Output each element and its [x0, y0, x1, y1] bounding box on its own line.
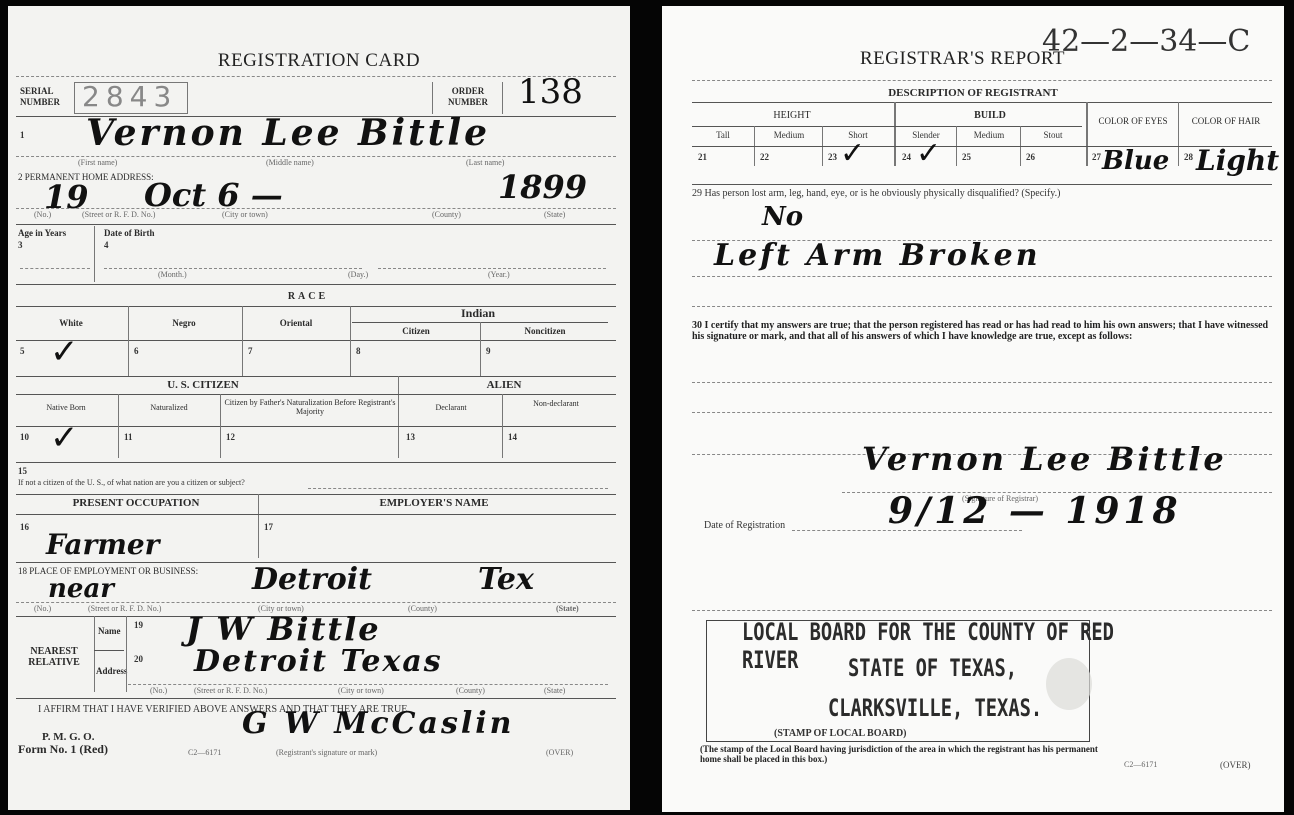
field-number: 23 [828, 152, 837, 162]
employment-street-label: (Street or R. F. D. No.) [88, 604, 161, 613]
divider [692, 184, 1272, 185]
field-number: 26 [1026, 152, 1035, 162]
checkmark-icon: ✓ [50, 332, 79, 372]
print-code: C2—6171 [188, 748, 221, 757]
relative-name-value: J W Bittle [186, 610, 381, 648]
divider [502, 394, 503, 458]
month-label: (Month.) [158, 270, 187, 279]
question-29-answer-no: No [762, 202, 803, 232]
card-title: REGISTRATION CARD [8, 50, 630, 72]
divider [220, 394, 221, 458]
middle-name-label: (Middle name) [266, 158, 314, 167]
checkmark-icon: ✓ [840, 136, 865, 171]
field-number: 22 [760, 152, 769, 162]
address-year-value: 1899 [498, 168, 587, 206]
over-label: (OVER) [546, 748, 573, 757]
first-name-label: (First name) [78, 158, 117, 167]
divider [692, 126, 1082, 127]
employment-state-label: (State) [556, 604, 579, 613]
nearest-relative-label: NEAREST RELATIVE [16, 646, 92, 668]
divider [16, 306, 616, 307]
hair-header: COLOR OF HAIR [1180, 116, 1272, 127]
field-number: 16 [20, 522, 29, 532]
registrar-signature-value: Vernon Lee Bittle [862, 440, 1227, 478]
race-col-oriental: Oriental [242, 318, 350, 329]
address-city-label: (City or town) [222, 210, 268, 219]
field-number: 21 [698, 152, 707, 162]
divider [118, 394, 119, 458]
eye-color-value: Blue [1102, 146, 1169, 176]
print-code: C2—6171 [1124, 760, 1157, 769]
registrars-report-back: REGISTRAR'S REPORT 42—2—34—C DESCRIPTION… [662, 6, 1284, 812]
address-no-label: (No.) [34, 210, 51, 219]
height-col-tall: Tall [692, 130, 754, 140]
field-number: 28 [1184, 152, 1193, 162]
nation-question-label: If not a citizen of the U. S., of what n… [18, 478, 245, 487]
employment-near-value: near [48, 574, 114, 604]
divider [16, 494, 616, 495]
field-number: 11 [124, 432, 133, 442]
serial-number-label: SERIAL NUMBER [20, 86, 76, 108]
stamp-label: (STAMP OF LOCAL BOARD) [774, 728, 907, 739]
divider [16, 376, 616, 377]
divider [16, 156, 616, 157]
divider [692, 102, 1272, 103]
checkmark-icon: ✓ [50, 418, 79, 458]
divider [1178, 102, 1179, 166]
address-street-label: (Street or R. F. D. No.) [82, 210, 155, 219]
divider [104, 268, 362, 269]
build-col-stout: Stout [1022, 130, 1084, 140]
divider [16, 602, 616, 603]
race-col-indian-noncitizen: Noncitizen [482, 326, 608, 337]
field-number: 13 [406, 432, 415, 442]
present-occupation-header: PRESENT OCCUPATION [16, 498, 256, 509]
divider [16, 394, 616, 395]
field-number: 10 [20, 432, 29, 442]
divider [16, 340, 616, 341]
eyes-header: COLOR OF EYES [1088, 116, 1178, 127]
race-header: RACE [8, 291, 608, 302]
occupation-value: Farmer [46, 528, 159, 561]
field-number: 9 [486, 346, 491, 356]
divider [692, 276, 1272, 277]
serial-number-value: 2843 [82, 80, 177, 113]
field-number: 24 [902, 152, 911, 162]
divider [94, 650, 124, 651]
race-col-negro: Negro [128, 318, 240, 329]
field-number: 17 [264, 522, 273, 532]
employer-name-header: EMPLOYER'S NAME [260, 498, 608, 509]
indian-header: Indian [348, 308, 608, 319]
order-number-value: 138 [518, 72, 583, 112]
relative-county-label: (County) [456, 686, 485, 695]
description-header: DESCRIPTION OF REGISTRANT [662, 88, 1284, 99]
divider [692, 610, 1272, 611]
employment-county-label: (County) [408, 604, 437, 613]
divider [20, 268, 90, 269]
field-number: 4 [104, 240, 109, 250]
date-of-registration-value: 9/12 — 1918 [888, 490, 1182, 532]
field-number: 3 [18, 240, 23, 250]
relative-name-label: Name [98, 626, 121, 637]
case-number: 42—2—34—C [1042, 24, 1250, 59]
stamp-line-3: CLARKSVILLE, TEXAS. [828, 694, 1042, 722]
divider [16, 208, 616, 209]
date-of-birth-label: Date of Birth [104, 228, 155, 239]
question-30-text: 30 I certify that my answers are true; t… [692, 320, 1272, 342]
build-header: BUILD [896, 110, 1084, 121]
seal-mark-icon [1046, 658, 1092, 710]
divider [242, 306, 243, 376]
stamp-note: (The stamp of the Local Board having jur… [700, 744, 1100, 764]
divider [692, 146, 1272, 147]
question-29-text: 29 Has person lost arm, leg, hand, eye, … [692, 188, 1276, 200]
day-label: (Day.) [348, 270, 368, 279]
field-number: 14 [508, 432, 517, 442]
field-number: 5 [20, 346, 25, 356]
citizen-col-naturalized: Naturalized [120, 402, 218, 413]
relative-no-label: (No.) [150, 686, 167, 695]
over-label: (OVER) [1220, 760, 1251, 770]
age-label: Age in Years [18, 228, 66, 239]
divider [16, 284, 616, 285]
divider [128, 684, 608, 685]
divider [480, 322, 481, 376]
relative-street-label: (Street or R. F. D. No.) [194, 686, 267, 695]
field-number: 19 [134, 620, 143, 630]
hair-color-value: Light [1196, 144, 1279, 177]
divider [432, 82, 433, 114]
divider [16, 462, 616, 463]
employment-no-label: (No.) [34, 604, 51, 613]
divider [128, 306, 129, 376]
divider [692, 412, 1272, 413]
report-title: REGISTRAR'S REPORT [860, 48, 1065, 70]
divider [1086, 102, 1088, 166]
signature-label: (Registrant's signature or mark) [276, 748, 377, 757]
field-number: 20 [134, 654, 143, 664]
divider [378, 268, 606, 269]
us-citizen-header: U. S. CITIZEN [8, 380, 398, 391]
field-number: 1 [20, 130, 25, 140]
year-label: (Year.) [488, 270, 510, 279]
stamp-line-2: STATE OF TEXAS, [848, 654, 1017, 682]
question-29-answer-detail: Left Arm Broken [714, 238, 1041, 273]
divider [16, 224, 616, 225]
employment-city-value: Detroit [252, 562, 372, 597]
address-county-label: (County) [432, 210, 461, 219]
date-of-registration-label: Date of Registration [704, 520, 785, 531]
last-name-label: (Last name) [466, 158, 504, 167]
field-number: 8 [356, 346, 361, 356]
divider [126, 616, 127, 692]
registrant-signature-value: G W McCaslin [242, 706, 514, 741]
citizen-col-native-born: Native Born [16, 402, 116, 413]
race-col-indian-citizen: Citizen [352, 326, 480, 337]
race-col-white: White [16, 318, 126, 329]
address-state-label: (State) [544, 210, 565, 219]
relative-address-value: Detroit Texas [194, 644, 443, 679]
divider [692, 382, 1272, 383]
divider [692, 80, 1272, 81]
divider [502, 82, 503, 114]
divider [16, 426, 616, 427]
field-number: 7 [248, 346, 253, 356]
alien-col-declarant: Declarant [400, 402, 502, 413]
relative-address-label: Address [96, 666, 127, 677]
divider [94, 616, 95, 692]
divider [94, 226, 95, 282]
form-code-line2: Form No. 1 (Red) [18, 744, 108, 755]
divider [308, 488, 608, 489]
relative-state-label: (State) [544, 686, 565, 695]
registrant-name-value: Vernon Lee Bittle [86, 112, 490, 154]
relative-city-label: (City or town) [338, 686, 384, 695]
divider [692, 306, 1272, 307]
field-number: 12 [226, 432, 235, 442]
employment-state-value: Tex [478, 562, 534, 597]
citizen-col-fathers-naturalization: Citizen by Father's Naturalization Befor… [222, 398, 398, 416]
divider [350, 306, 351, 376]
height-col-medium: Medium [756, 130, 822, 140]
divider [258, 494, 259, 558]
height-header: HEIGHT [692, 110, 892, 121]
field-number: 15 [18, 466, 27, 476]
build-col-medium: Medium [958, 130, 1020, 140]
alien-header: ALIEN [400, 380, 608, 391]
field-number: 25 [962, 152, 971, 162]
field-number: 6 [134, 346, 139, 356]
divider [16, 698, 616, 699]
checkmark-icon: ✓ [916, 136, 941, 171]
order-number-label: ORDER NUMBER [436, 86, 500, 108]
registration-card-front: REGISTRATION CARD SERIAL NUMBER 2843 ORD… [8, 6, 630, 810]
alien-col-non-declarant: Non-declarant [504, 398, 608, 409]
divider [398, 376, 399, 458]
divider [16, 514, 616, 515]
field-number: 27 [1092, 152, 1101, 162]
